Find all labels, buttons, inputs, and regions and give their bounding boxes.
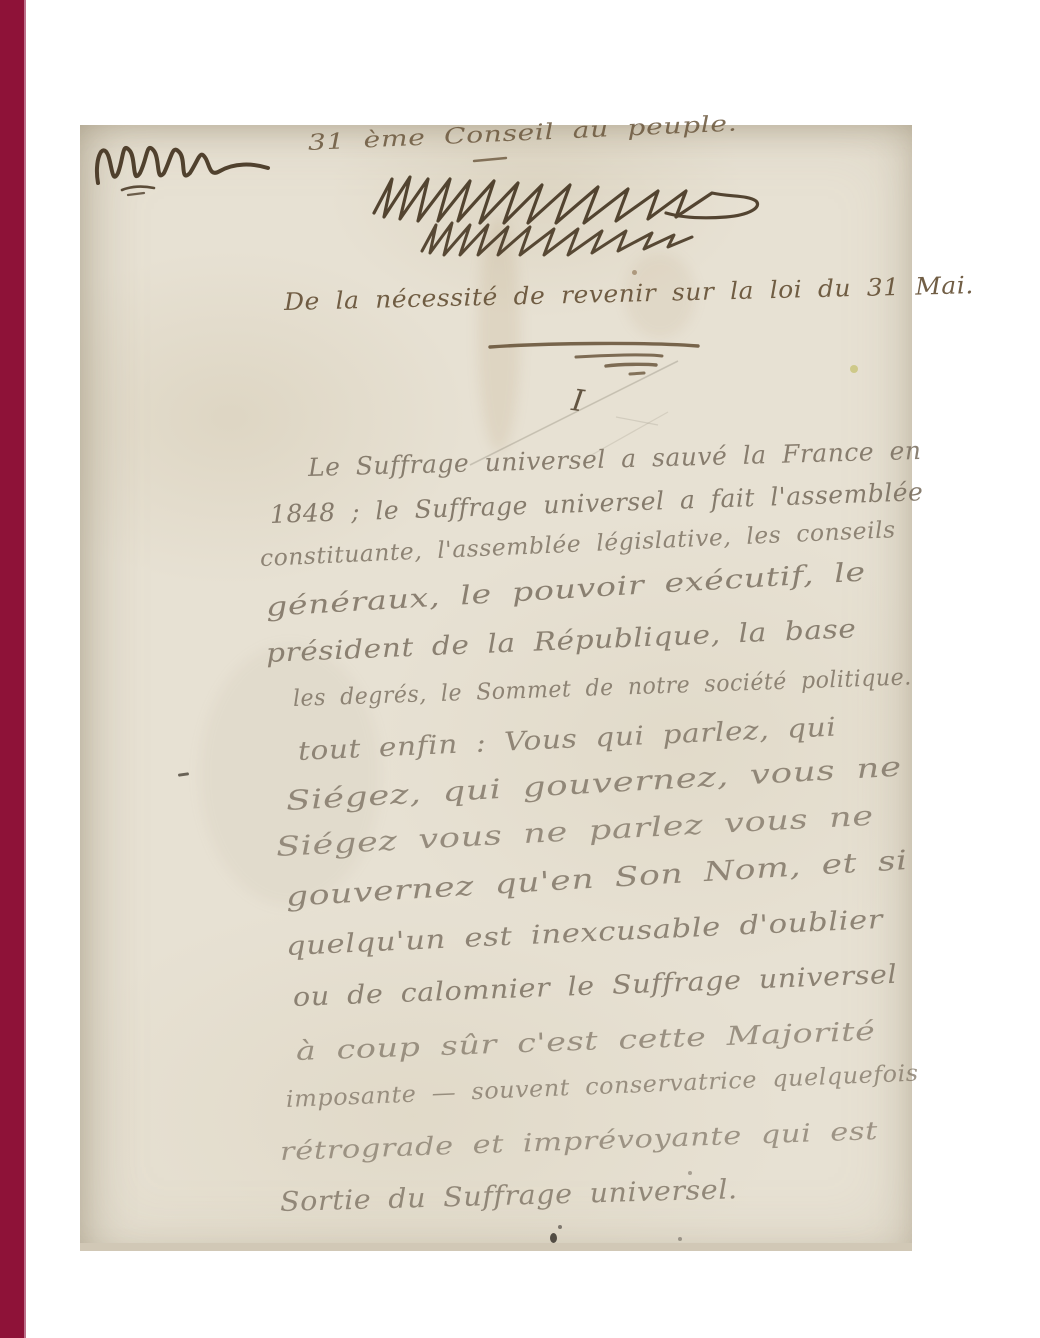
margin-ink-mark [178,772,189,777]
crossed-out-line-2 [418,213,708,261]
signature-scribble [92,133,282,199]
manuscript-text-line: quelqu'un est inexcusable d'oublier [285,905,883,962]
manuscript-text-line: imposante — souvent conservatrice quelqu… [285,1061,919,1113]
manuscript-text-line: rétrograde et imprévoyante qui est [279,1116,878,1166]
ink-speck [558,1225,562,1229]
ink-speck [678,1237,682,1241]
annotation-underline [472,155,512,165]
foxing-speck [850,365,858,373]
ink-speck [688,1171,692,1175]
manuscript-photo: 31 ème Conseil au peuple. De la nécessit… [80,125,912,1251]
header-annotation: 31 ème Conseil au peuple. [307,112,737,156]
left-accent-bar [0,0,26,1338]
manuscript-text-line: à coup sûr c'est cette Majorité [295,1017,876,1067]
manuscript-text-line: ou de calomnier le Suffrage universel [292,960,897,1013]
manuscript-text-line: président de la République, la base [265,614,857,669]
manuscript-text-line: Sortie du Suffrage universel. [280,1174,738,1218]
paper-bottom-edge [80,1243,912,1251]
manuscript-text-line: les degrés, le Sommet de notre société p… [293,664,913,712]
ink-speck [550,1233,557,1243]
ink-speck [632,270,637,275]
